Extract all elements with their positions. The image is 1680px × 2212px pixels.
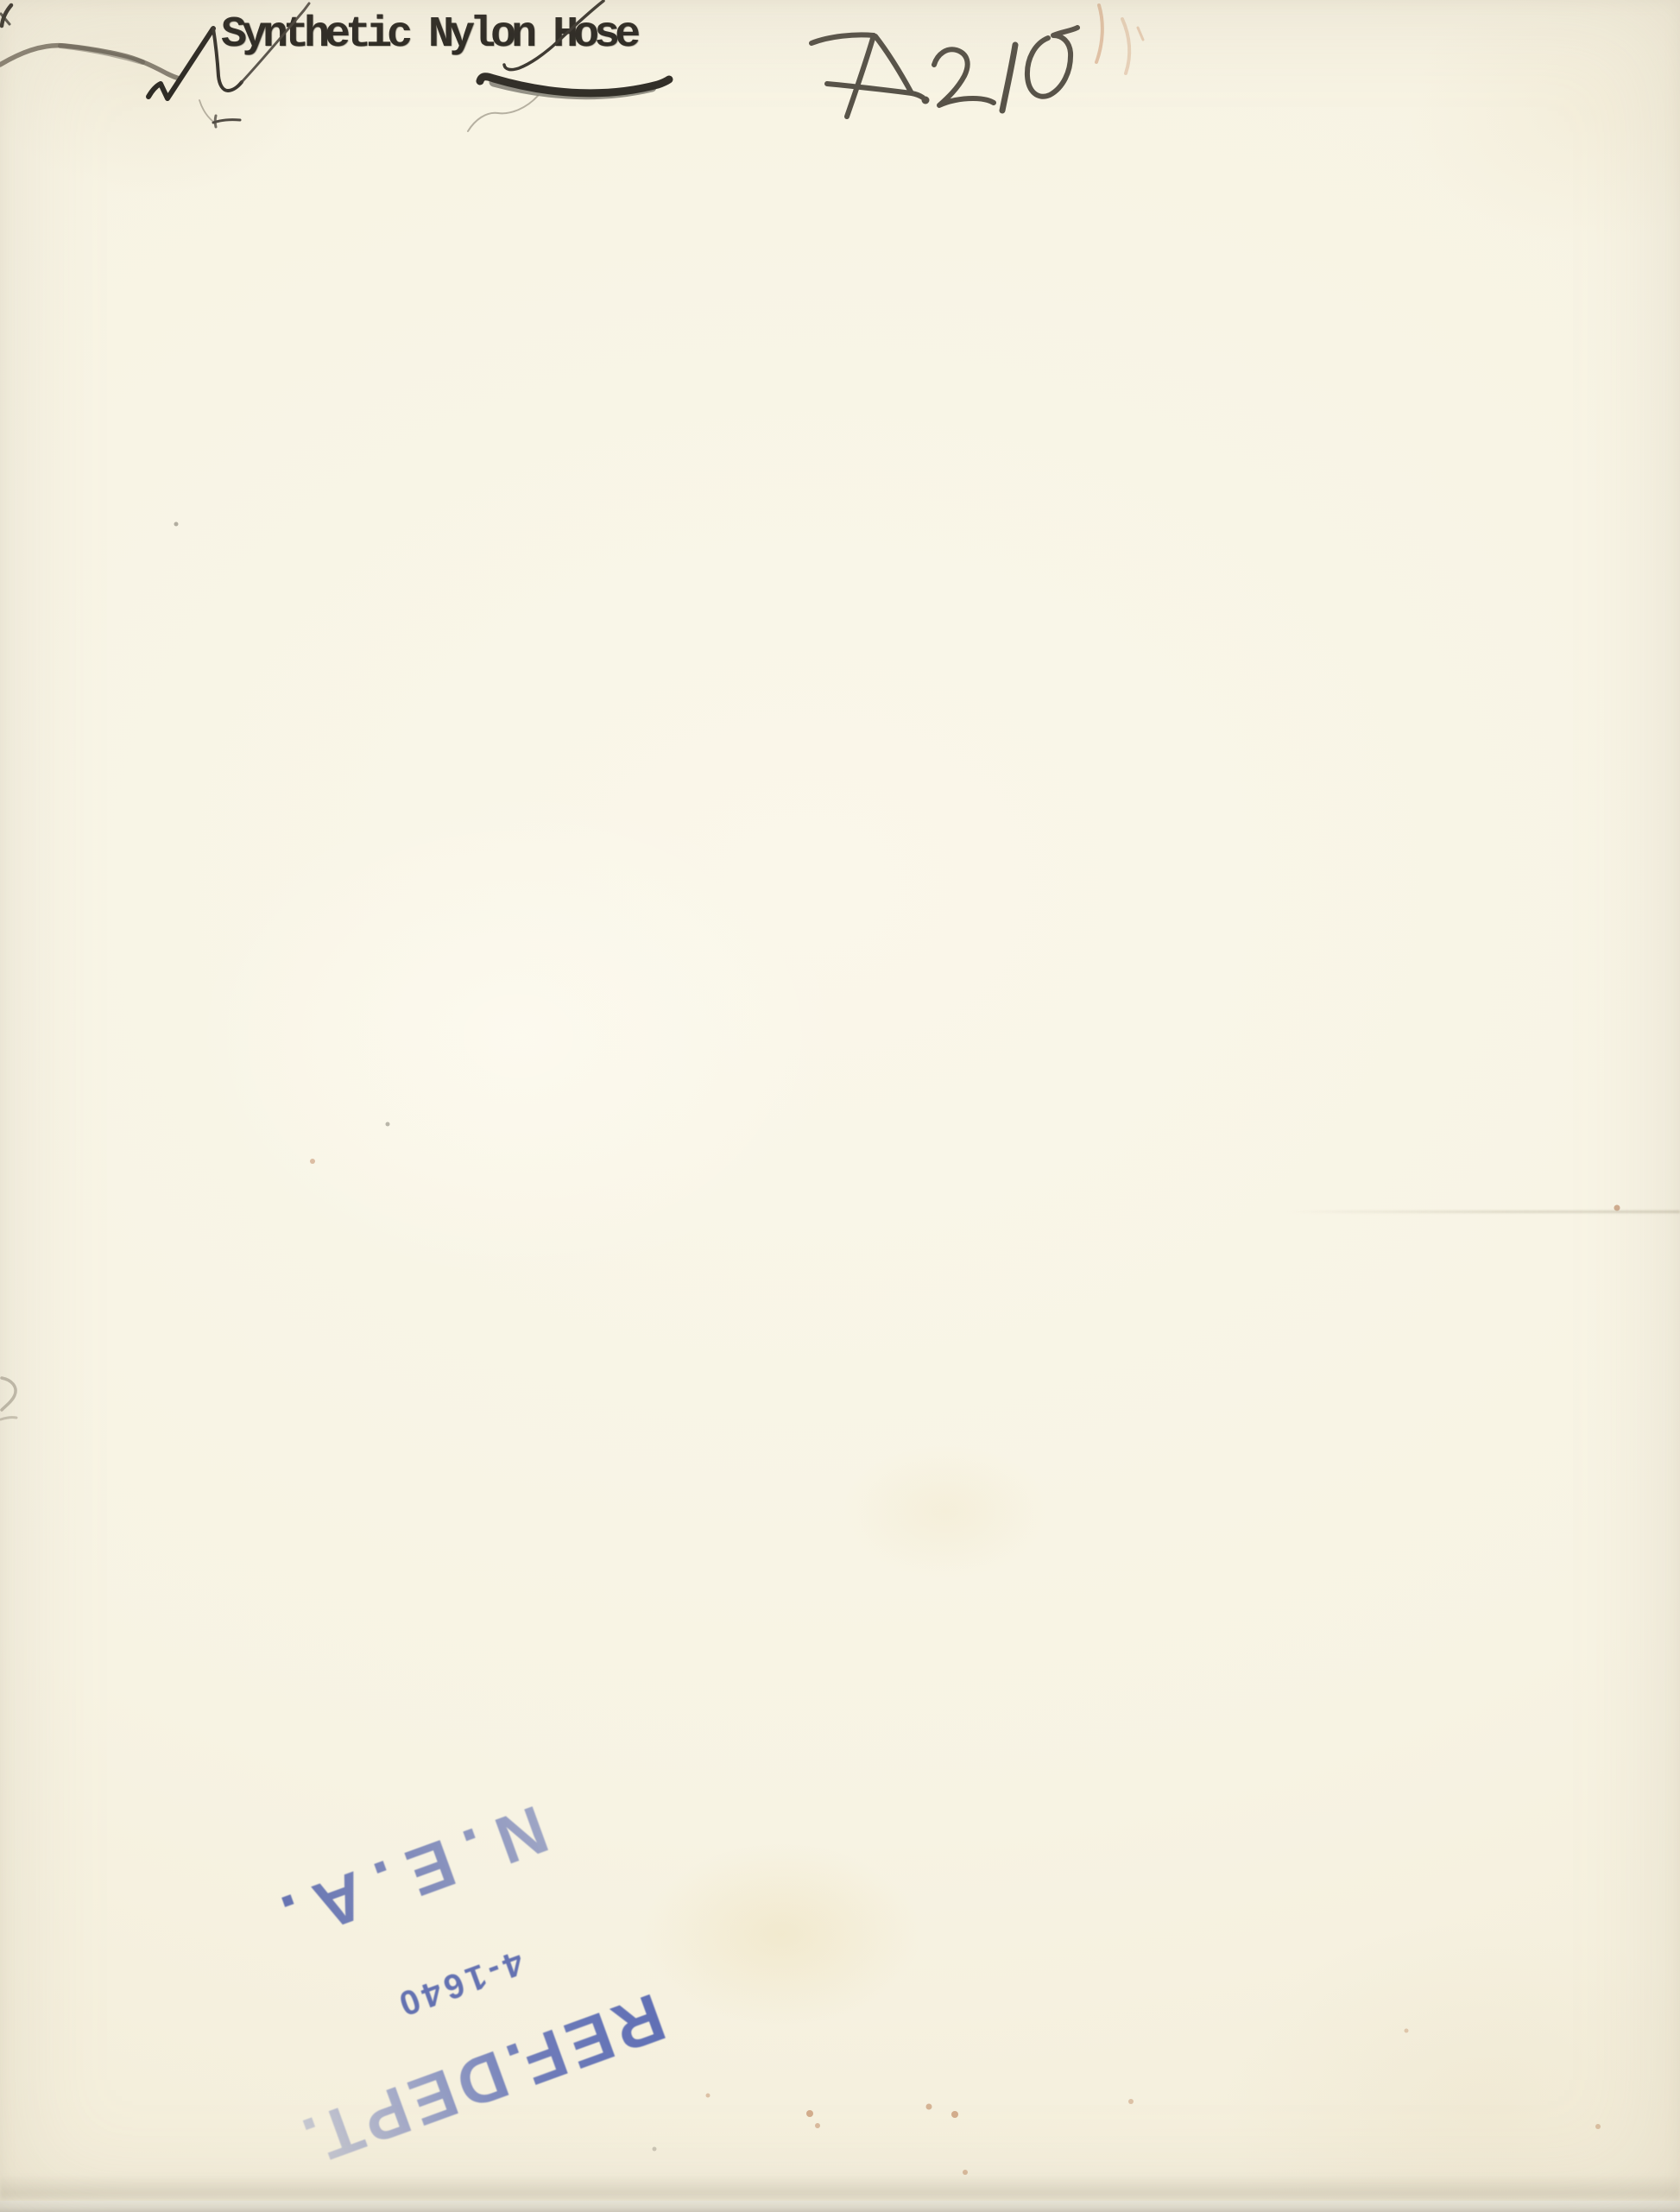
glyph-1 [1002, 45, 1015, 111]
typed-caption: Synthetic Nylon Hose [221, 14, 635, 57]
stamp-line-ref-dept: REF.DEPT. [267, 1974, 696, 2186]
glyph-2 [934, 49, 994, 105]
glyph-A-right-leg [875, 36, 912, 93]
glyph-A-crossbar [827, 84, 923, 98]
paper-crease [1286, 1210, 1680, 1213]
glyph-A-top [812, 35, 874, 43]
left-edge-pencil-mark [1, 1378, 16, 1419]
edge-vignette [0, 0, 1680, 2212]
ref-dept-stamp: REF.DEPT. 4-1640 N.E.A. [193, 1770, 696, 2186]
glyph-period [922, 97, 930, 104]
photo-card-back: Synthetic Nylon Hose [0, 0, 1680, 2212]
handwritten-code [812, 28, 1077, 117]
corner-pencil-mark [1, 5, 11, 26]
bottom-edge-strip [0, 2201, 1680, 2212]
bottom-edge-smudge [0, 2175, 1680, 2201]
glyph-0 [1027, 28, 1077, 97]
glyph-A-left-leg [847, 35, 874, 117]
rust-smear-marks [1096, 5, 1143, 73]
paper-texture [0, 0, 1680, 2212]
pencil-annotations-layer [0, 0, 1680, 2212]
